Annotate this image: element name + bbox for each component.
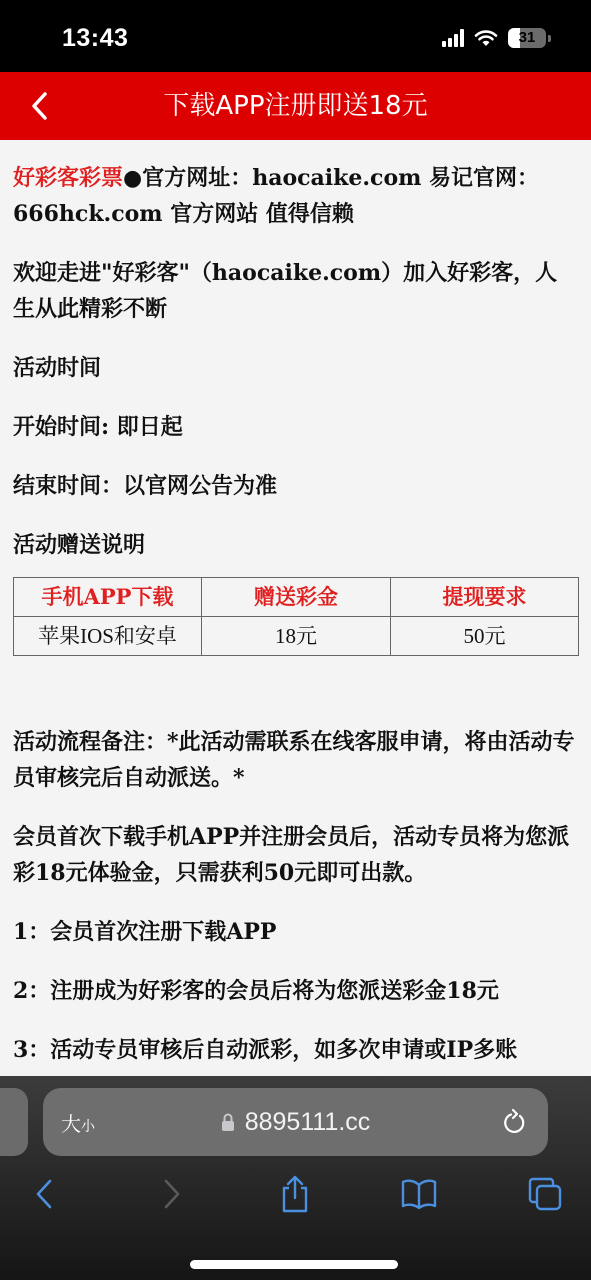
table-header: 赠送彩金: [202, 578, 391, 617]
share-icon: [279, 1174, 311, 1214]
share-button[interactable]: [273, 1172, 317, 1216]
reload-icon: [502, 1108, 528, 1136]
browser-back-button[interactable]: [22, 1172, 66, 1216]
brand-name: 好彩客彩票: [13, 165, 123, 191]
table-header-row: 手机APP下载 赠送彩金 提现要求: [14, 578, 579, 617]
table-row: 苹果IOS和安卓 18元 50元: [14, 617, 579, 656]
tabs-button[interactable]: [523, 1172, 567, 1216]
back-icon: [34, 1178, 54, 1210]
process-note: 活动流程备注：*此活动需联系在线客服申请，将由活动专员审核完后自动派送。*: [13, 724, 578, 796]
welcome-paragraph: 欢迎走进"好彩客"（haocaike.com）加入好彩客，人生从此精彩不断: [13, 255, 578, 327]
step-item: 3：活动专员审核后自动派彩，如多次申请或IP多账: [13, 1032, 578, 1068]
lock-icon: [221, 1112, 235, 1132]
activity-time-heading: 活动时间: [13, 350, 578, 386]
signal-icon: [442, 29, 464, 47]
page-title: 下载APP注册即送18元: [0, 72, 591, 140]
tabs-icon: [527, 1176, 563, 1212]
battery-icon: 31: [508, 28, 551, 48]
status-icons: 31: [442, 28, 551, 48]
nav-header: 下载APP注册即送18元: [0, 72, 591, 140]
table-cell: 50元: [391, 617, 579, 656]
url-display[interactable]: 8895111.cc: [43, 1088, 548, 1156]
bookmarks-button[interactable]: [397, 1172, 441, 1216]
address-bar[interactable]: 大小 8895111.cc: [43, 1088, 548, 1156]
table-header: 手机APP下载: [14, 578, 202, 617]
step-item: 1：会员首次注册下载APP: [13, 914, 578, 950]
browser-forward-button[interactable]: [150, 1172, 194, 1216]
spacer: [13, 656, 578, 728]
previous-tab-stub[interactable]: [0, 1088, 28, 1156]
reload-button[interactable]: [502, 1108, 528, 1140]
wifi-icon: [474, 29, 498, 47]
table-header: 提现要求: [391, 578, 579, 617]
article-content: 好彩客彩票●官方网址：haocaike.com 易记官网：666hck.com …: [13, 160, 578, 1091]
status-time: 13:43: [62, 24, 128, 53]
home-indicator: [190, 1260, 398, 1269]
url-text: 8895111.cc: [245, 1108, 371, 1137]
battery-percent: 31: [508, 28, 546, 48]
gift-heading: 活动赠送说明: [13, 527, 578, 563]
promo-table: 手机APP下载 赠送彩金 提现要求 苹果IOS和安卓 18元 50元: [13, 577, 579, 656]
forward-icon: [162, 1178, 182, 1210]
intro-paragraph: 好彩客彩票●官方网址：haocaike.com 易记官网：666hck.com …: [13, 160, 578, 232]
end-time: 结束时间：以官网公告为准: [13, 468, 578, 504]
table-cell: 苹果IOS和安卓: [14, 617, 202, 656]
step-item: 2：注册成为好彩客的会员后将为您派送彩金18元: [13, 973, 578, 1009]
start-time: 开始时间: 即日起: [13, 409, 578, 445]
member-note: 会员首次下载手机APP并注册会员后，活动专员将为您派彩18元体验金，只需获利50…: [13, 819, 578, 891]
bookmarks-icon: [400, 1178, 438, 1210]
table-cell: 18元: [202, 617, 391, 656]
status-bar: 13:43 31: [0, 0, 591, 72]
